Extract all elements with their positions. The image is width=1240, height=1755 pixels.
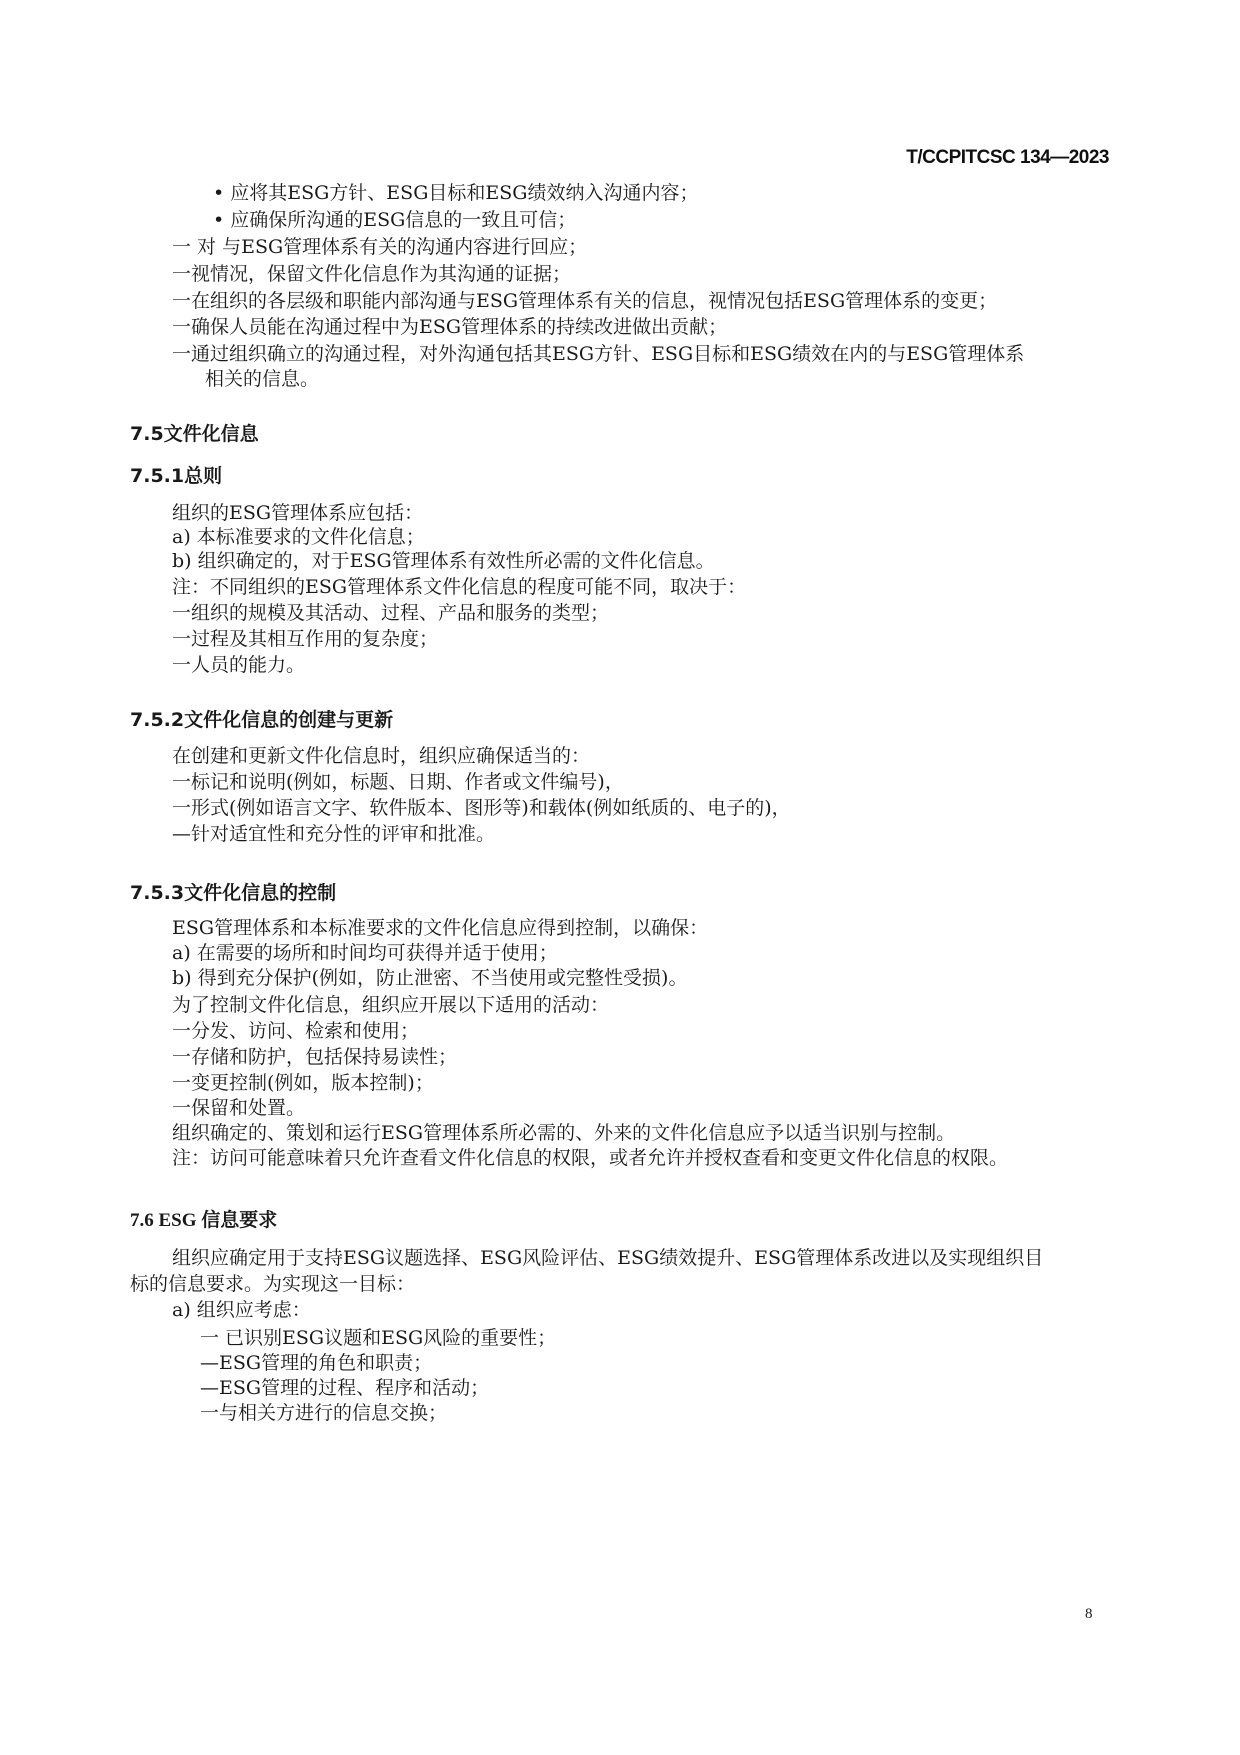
paragraph-line: 组织应确定用于支持ESG议题选择、ESG风险评估、ESG绩效提升、ESG管理体系…: [172, 1245, 1043, 1271]
list-item: • 应确保所沟通的ESG信息的一致且可信；: [213, 207, 576, 233]
section-heading-7-5-1: 7.5.1总则: [130, 463, 222, 489]
section-heading-7-5: 7.5文件化信息: [130, 421, 259, 447]
paragraph-line: 为了控制文件化信息，组织应开展以下适用的活动：: [172, 992, 609, 1018]
paragraph-line: 组织的ESG管理体系应包括：: [172, 500, 423, 526]
list-item: 一在组织的各层级和职能内部沟通与ESG管理体系有关的信息，视情况包括ESG管理体…: [172, 288, 997, 314]
list-item: a) 组织应考虑：: [172, 1297, 311, 1323]
list-item: 一人员的能力。: [172, 652, 305, 678]
list-item-continuation: 相关的信息。: [205, 366, 319, 392]
paragraph-line: 组织确定的、策划和运行ESG管理体系所必需的、外来的文件化信息应予以适当识别与控…: [172, 1120, 955, 1146]
document-page: T/CCPITCSC 134—2023 • 应将其ESG方针、ESG目标和ESG…: [0, 0, 1240, 1755]
list-item: 一 已识别ESG议题和ESG风险的重要性；: [200, 1325, 556, 1351]
list-item: 一形式(例如语言文字、软件版本、图形等)和载体(例如纸质的、电子的)，: [172, 795, 791, 821]
document-code: T/CCPITCSC 134—2023: [906, 147, 1109, 169]
list-item: a) 在需要的场所和时间均可获得并适于使用；: [172, 940, 558, 966]
section-heading-7-6: 7.6 ESG 信息要求: [130, 1208, 277, 1234]
list-item: 一通过组织确立的沟通过程，对外沟通包括其ESG方针、ESG目标和ESG绩效在内的…: [172, 341, 1024, 367]
list-item: 一分发、访问、检索和使用；: [172, 1018, 419, 1044]
list-item: b) 得到充分保护(例如，防止泄密、不当使用或完整性受损)。: [172, 965, 687, 991]
paragraph-line: 在创建和更新文件化信息时，组织应确保适当的：: [172, 743, 590, 769]
list-item: —针对适宜性和充分性的评审和批准。: [172, 821, 495, 847]
page-number: 8: [1085, 1606, 1093, 1623]
list-item: —ESG管理的过程、程序和活动；: [200, 1375, 489, 1401]
list-item: 一变更控制(例如，版本控制)；: [172, 1070, 434, 1096]
list-item: • 应将其ESG方针、ESG目标和ESG绩效纳入沟通内容；: [213, 180, 698, 206]
list-item: —ESG管理的角色和职责；: [200, 1350, 432, 1376]
list-item: 一视情况，保留文件化信息作为其沟通的证据；: [172, 261, 571, 287]
note-line: 注：不同组织的ESG管理体系文件化信息的程度可能不同，取决于：: [172, 574, 746, 600]
list-item: 一过程及其相互作用的复杂度；: [172, 626, 438, 652]
list-item: 一确保人员能在沟通过程中为ESG管理体系的持续改进做出贡献；: [172, 314, 727, 340]
section-heading-7-5-2: 7.5.2文件化信息的创建与更新: [130, 707, 393, 733]
list-item: b) 组织确定的，对于ESG管理体系有效性所必需的文件化信息。: [172, 548, 715, 574]
paragraph-line: ESG管理体系和本标准要求的文件化信息应得到控制，以确保：: [172, 915, 708, 941]
list-item: 一与相关方进行的信息交换；: [200, 1400, 447, 1426]
paragraph-line: 标的信息要求。为实现这一目标：: [130, 1271, 415, 1297]
list-item: a) 本标准要求的文件化信息；: [172, 524, 425, 550]
list-item: 一 对 与ESG管理体系有关的沟通内容进行回应；: [172, 234, 587, 260]
list-item: 一组织的规模及其活动、过程、产品和服务的类型；: [172, 600, 609, 626]
list-item: 一标记和说明(例如，标题、日期、作者或文件编号)，: [172, 769, 624, 795]
note-line: 注：访问可能意味着只允许查看文件化信息的权限，或者允许并授权查看和变更文件化信息…: [172, 1145, 1008, 1171]
list-item: 一存储和防护，包括保持易读性；: [172, 1044, 457, 1070]
section-heading-7-5-3: 7.5.3文件化信息的控制: [130, 880, 336, 906]
list-item: 一保留和处置。: [172, 1095, 305, 1121]
